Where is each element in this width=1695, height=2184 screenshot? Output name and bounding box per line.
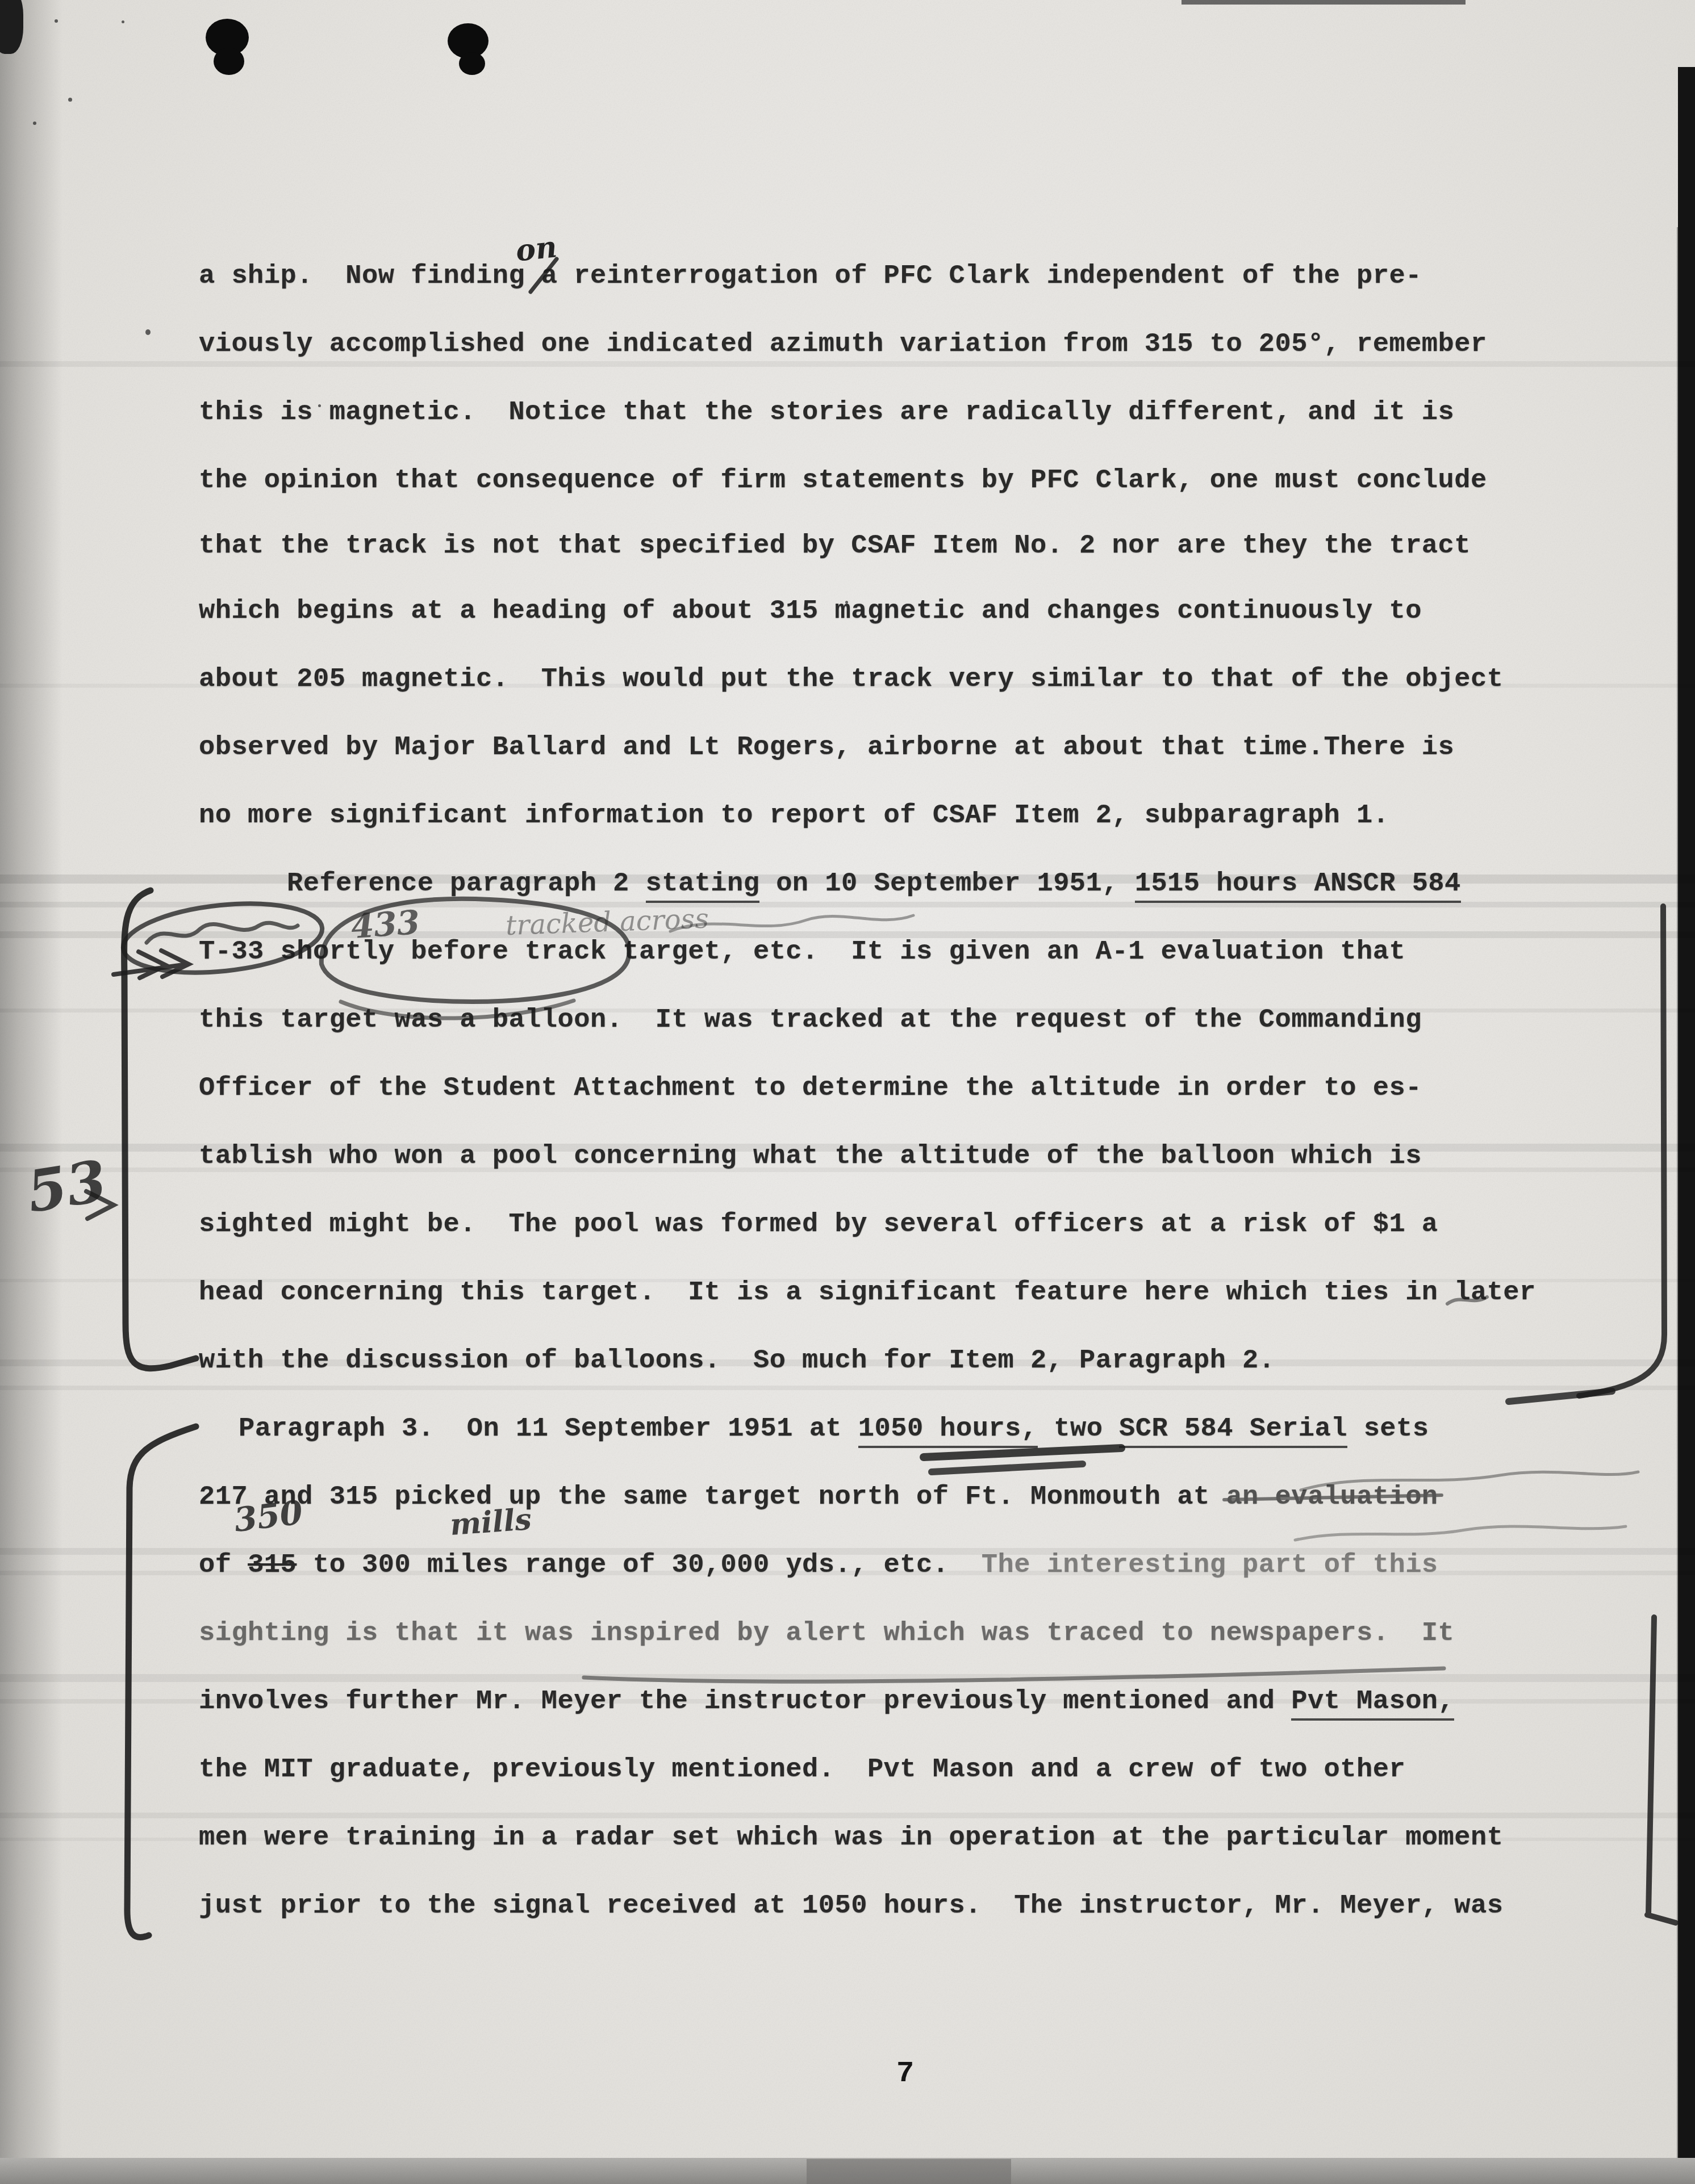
line-text: 217 and 315 picked up the same target no… xyxy=(199,1482,1226,1512)
typed-line: viously accomplished one indicated azimu… xyxy=(199,331,1487,358)
hand-bracket-left-2 xyxy=(127,1426,196,1938)
handwritten-350: 350 xyxy=(232,1493,304,1539)
hand-bracket-right-dash xyxy=(1509,1391,1612,1401)
hand-scribble-right-2 xyxy=(1295,1526,1626,1540)
typed-line: involves further Mr. Meyer the instructo… xyxy=(199,1688,1454,1715)
typed-line: Paragraph 3. On 11 September 1951 at 105… xyxy=(239,1416,1429,1442)
typed-line: the MIT graduate, previously mentioned. … xyxy=(199,1756,1405,1783)
line-text: of xyxy=(199,1550,248,1580)
ink-speck xyxy=(33,122,36,125)
hand-underline-newspapers xyxy=(584,1668,1444,1681)
typed-line: which begins at a heading of about 315 m… xyxy=(199,598,1422,625)
handwritten-circled-words: tracked across xyxy=(505,903,709,942)
handwritten-circled-number: 433 xyxy=(350,903,421,946)
ink-speck xyxy=(55,19,58,23)
handwritten-insert-on: on xyxy=(514,229,558,268)
underlined-text: SCR 584 Serial xyxy=(1119,1414,1347,1448)
handwritten-margin-number: 53 xyxy=(23,1147,111,1225)
hand-underline-1050-b xyxy=(932,1464,1083,1472)
hand-bracket-left-1 xyxy=(124,890,196,1369)
typed-line: head concerning this target. It is a sig… xyxy=(199,1279,1536,1306)
ink-blob xyxy=(206,19,489,75)
typed-line: with the discussion of balloons. So much… xyxy=(199,1348,1275,1374)
typed-line: Reference paragraph 2 stating on 10 Sept… xyxy=(287,871,1461,897)
underlined-text: Pvt Mason, xyxy=(1291,1687,1454,1721)
scan-streak xyxy=(0,1813,1695,1818)
scan-streak xyxy=(0,361,1695,367)
line-text: Paragraph 3. On 11 September 1951 at xyxy=(239,1414,858,1444)
scan-edge-right xyxy=(1678,67,1695,2184)
typed-line: a ship. Now finding a reinterrogation of… xyxy=(199,263,1422,290)
typed-line: of 315 to 300 miles range of 30,000 yds.… xyxy=(199,1552,1438,1579)
struck-phrase: an evaluation xyxy=(1226,1482,1438,1512)
struck-word: a xyxy=(541,261,558,291)
typed-line: that the track is not that specified by … xyxy=(199,533,1471,559)
scan-streak xyxy=(0,1674,1695,1682)
scan-edge-left xyxy=(0,0,62,2184)
line-text: to 300 miles range of 30,000 yds., etc. xyxy=(297,1550,982,1580)
underlined-text: 1050 hours, xyxy=(858,1414,1038,1448)
underlined-text: stating xyxy=(646,869,760,903)
typed-line: this target was a balloon. It was tracke… xyxy=(199,1007,1422,1034)
hand-bracket-right-1 xyxy=(1579,906,1664,1396)
line-text: on 10 September 1951, xyxy=(759,869,1134,899)
line-text: Reference paragraph 2 xyxy=(287,869,646,899)
line-text: a ship. Now finding xyxy=(199,261,541,291)
line-text: reinterrogation of PFC Clark independent… xyxy=(558,261,1422,291)
typed-line: 217 and 315 picked up the same target no… xyxy=(199,1484,1438,1511)
typed-line: observed by Major Ballard and Lt Rogers,… xyxy=(199,734,1454,761)
underlined-text: 1515 hours ANSCR 584 xyxy=(1135,869,1461,903)
typed-line: about 205 magnetic. This would put the t… xyxy=(199,666,1503,693)
line-text: involves further Mr. Meyer the instructo… xyxy=(199,1687,1291,1717)
ink-speck xyxy=(145,329,151,335)
typed-line: sighting is that it was inspired by aler… xyxy=(199,1620,1454,1647)
ink-speck xyxy=(68,98,72,102)
line-text: sets xyxy=(1347,1414,1429,1444)
handwritten-mills: mills xyxy=(449,1502,532,1542)
ink-speck xyxy=(122,20,124,23)
typed-line: men were training in a radar set which w… xyxy=(199,1825,1503,1851)
line-text: two xyxy=(1038,1414,1120,1444)
typed-line: sighted might be. The pool was formed by… xyxy=(199,1211,1438,1238)
hand-line-right-2 xyxy=(1647,1617,1676,1923)
hand-arrow xyxy=(114,951,189,978)
hand-underline-1050-a xyxy=(924,1448,1121,1457)
scanned-document-page: a ship. Now finding a reinterrogation of… xyxy=(0,0,1695,2184)
scan-edge-right-shadow xyxy=(1677,227,1680,2158)
typed-line: just prior to the signal received at 105… xyxy=(199,1893,1503,1919)
typed-line: tablish who won a pool concerning what t… xyxy=(199,1143,1422,1170)
page-number: 7 xyxy=(896,2057,914,2090)
typed-line: no more significant information to repor… xyxy=(199,802,1389,829)
scan-streak xyxy=(0,1386,1695,1390)
scan-edge-top xyxy=(1182,0,1466,5)
scan-smudge-bottom xyxy=(807,2159,1011,2184)
struck-number: 315 xyxy=(248,1550,297,1580)
line-text: The interesting part of this xyxy=(982,1550,1438,1580)
typed-line: this is magnetic. Notice that the storie… xyxy=(199,399,1454,426)
scan-corner-mark xyxy=(0,0,23,54)
typed-line: Officer of the Student Attachment to det… xyxy=(199,1075,1422,1102)
typed-line: the opinion that consequence of firm sta… xyxy=(199,467,1487,494)
